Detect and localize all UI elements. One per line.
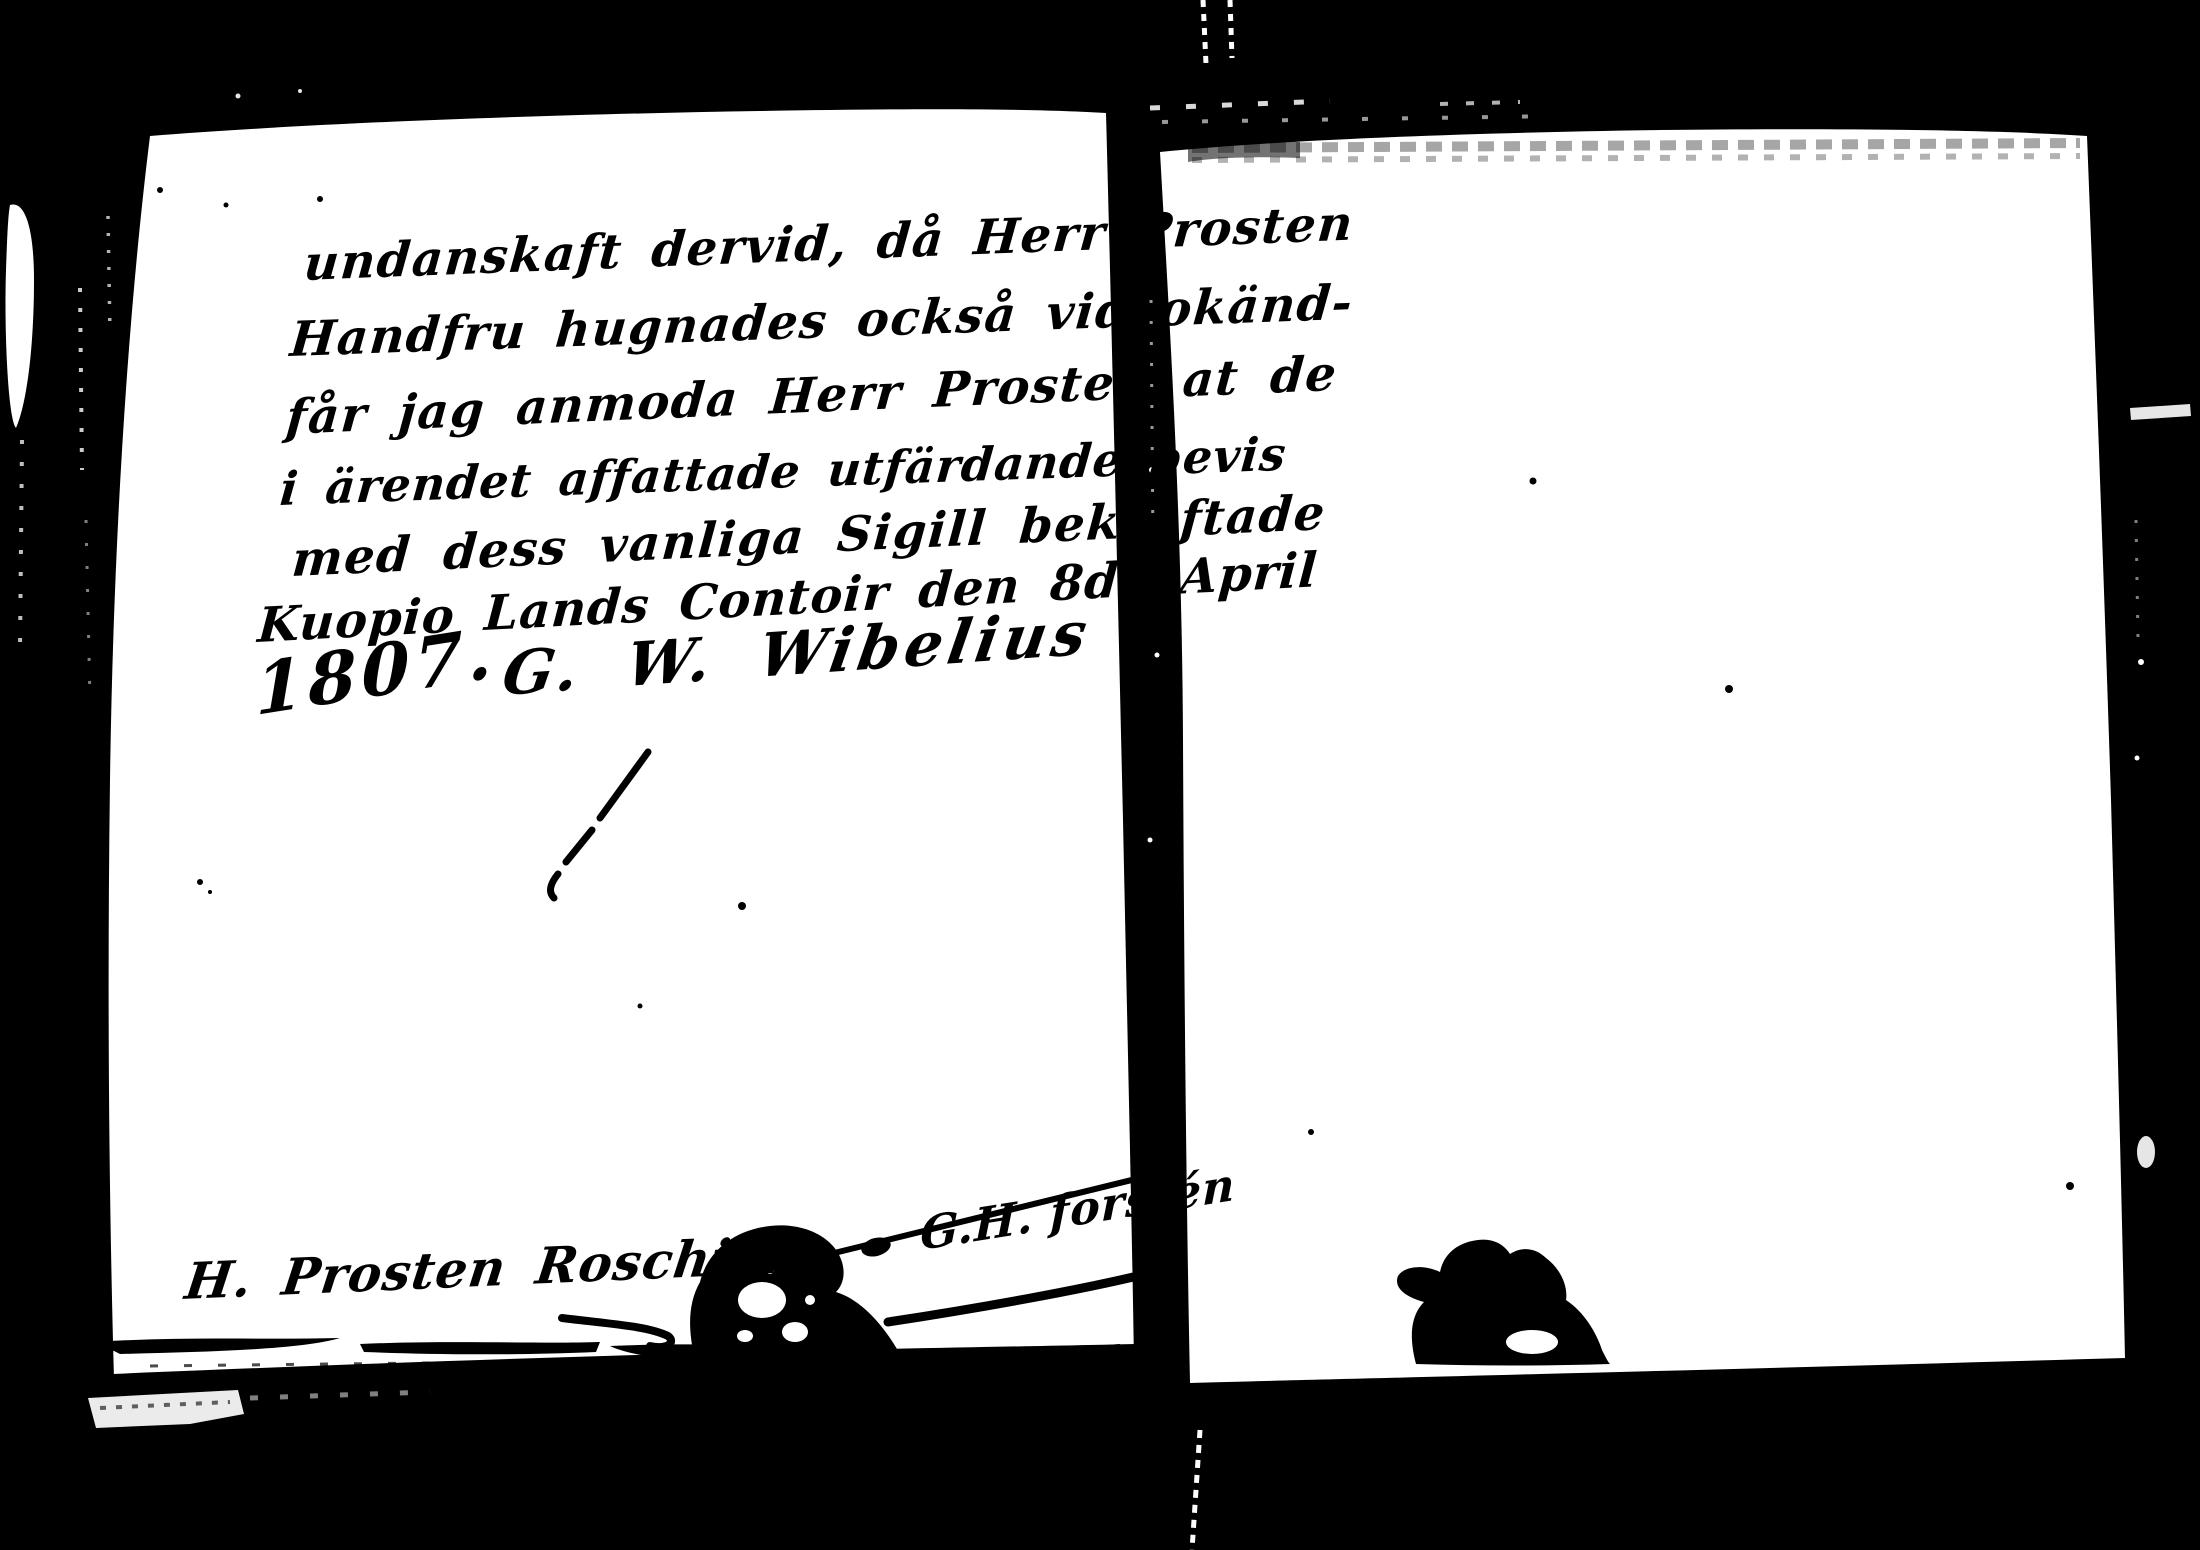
scanned-book-spread: undanskaft dervid, då Herr Prosten Handf… [0,0,2200,1550]
right-margin-artifacts [2130,404,2191,1168]
